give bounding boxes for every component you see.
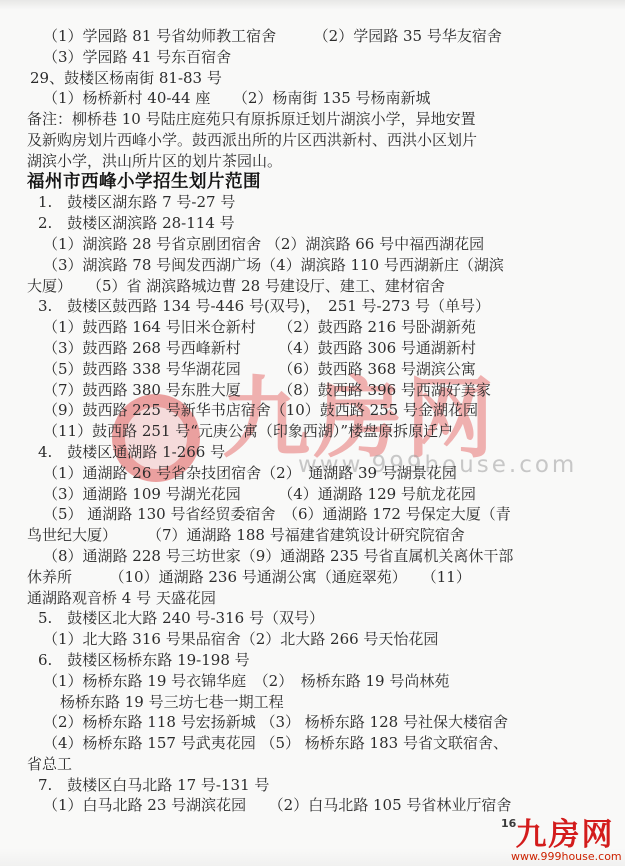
text-line: （5） 通湖路 130 号省经贸委宿舍 （6）通湖路 172 号保定大厦（青 — [0, 504, 625, 525]
text-line: 杨桥东路 19 号三坊七巷一期工程 — [0, 692, 625, 713]
text-line: 省总工 — [0, 754, 625, 775]
text-line: 1. 鼓楼区湖东路 7 号-27 号 — [0, 192, 625, 213]
text-line: （9）鼓西路 225 号新华书店宿舍（10）鼓西路 255 号金湖花园 — [0, 400, 625, 421]
document-body: （1）学园路 81 号省幼师教工宿舍 （2）学园路 35 号华友宿舍（3）学园路… — [0, 0, 625, 816]
text-line: 休养所 （10）通湖路 236 号通湖公寓（通庭翠苑） （11） — [0, 567, 625, 588]
text-line: 鸟世纪大厦） （7）通湖路 188 号福建省建筑设计研究院宿舍 — [0, 525, 625, 546]
site-logo: 九房网 www.999house.com — [511, 819, 619, 863]
text-line: 4. 鼓楼区通湖路 1-266 号 — [0, 442, 625, 463]
text-line: （1）通湖路 26 号省杂技团宿舍（2） 通湖路 39 号湖景花园 — [0, 463, 625, 484]
text-line: 5. 鼓楼区北大路 240 号-316 号（双号） — [0, 608, 625, 629]
text-line: 通湖路观音桥 4 号 天盛花园 — [0, 588, 625, 609]
text-line: （1）杨桥东路 19 号衣锦华庭 （2） 杨桥东路 19 号尚林苑 — [0, 671, 625, 692]
text-line: （4）杨桥东路 157 号武夷花园 （5） 杨桥东路 183 号省文联宿舍、 — [0, 733, 625, 754]
text-line: （1）湖滨路 28 号省京剧团宿舍 （2）湖滨路 66 号中福西湖花园 — [0, 234, 625, 255]
text-line: 大厦） （5）省 湖滨路城边曹 28 号建设厅、建工、建材宿舍 — [0, 276, 625, 297]
text-line: 及新购房划片西峰小学。鼓西派出所的片区西洪新村、西洪小区划片 — [0, 130, 625, 151]
text-line: 3. 鼓楼区鼓西路 134 号-446 号(双号)， 251 号-273 号（单… — [0, 296, 625, 317]
site-logo-url: www.999house.com — [511, 851, 619, 863]
text-line: 备注：柳桥巷 10 号陆庄庭苑只有原拆原迁划片湖滨小学，异地安置 — [0, 109, 625, 130]
text-line: （1）鼓西路 164 号旧米仓新村 （2）鼓西路 216 号卧湖新苑 — [0, 317, 625, 338]
text-line: （11）鼓西路 251 号“元庚公寓（印象西湖）”楼盘原拆原迁户 — [0, 421, 625, 442]
text-line: （1）学园路 81 号省幼师教工宿舍 （2）学园路 35 号华友宿舍 — [0, 26, 625, 47]
text-line: （3）学园路 41 号东百宿舍 — [0, 47, 625, 68]
text-line: 湖滨小学，洪山所片区的划片茶园山。 — [0, 151, 625, 172]
text-line: （1）白马北路 23 号湖滨花园 （2）白马北路 105 号省林业厅宿舍 — [0, 795, 625, 816]
text-line: 7. 鼓楼区白马北路 17 号-131 号 — [0, 775, 625, 796]
text-line: （2）杨桥东路 118 号宏扬新城 （3） 杨桥东路 128 号社保大楼宿舍 — [0, 712, 625, 733]
text-line: （3）鼓西路 268 号西峰新村 （4）鼓西路 306 号通湖新村 — [0, 338, 625, 359]
text-line: 2. 鼓楼区湖滨路 28-114 号 — [0, 213, 625, 234]
text-line: （3）湖滨路 78 号闽发西湖广场（4）湖滨路 110 号西湖新庄（湖滨 — [0, 255, 625, 276]
text-line: （1）北大路 316 号果品宿舍（2）北大路 266 号天怡花园 — [0, 629, 625, 650]
text-line: （8）通湖路 228 号三坊世家（9）通湖路 235 号省直属机关离休干部 — [0, 546, 625, 567]
text-line: 福州市西峰小学招生划片范围 — [0, 172, 625, 193]
site-logo-text: 九房网 — [511, 819, 619, 851]
text-line: 6. 鼓楼区杨桥东路 19-198 号 — [0, 650, 625, 671]
scanned-document-page: 九房网 www.999house.com （1）学园路 81 号省幼师教工宿舍 … — [0, 0, 625, 866]
text-line: （7）鼓西路 380 号东胜大厦 （8）鼓西路 396 号西湖好美家 — [0, 380, 625, 401]
text-line: （1）杨桥新村 40-44 座 （2）杨南街 135 号杨南新城 — [0, 88, 625, 109]
text-line: （3）通湖路 109 号湖光花园 （4）通湖路 129 号航龙花园 — [0, 484, 625, 505]
text-line: （5）鼓西路 338 号华湖花园 （6）鼓西路 368 号湖滨公寓 — [0, 359, 625, 380]
text-line: 29、鼓楼区杨南街 81-83 号 — [0, 68, 625, 89]
